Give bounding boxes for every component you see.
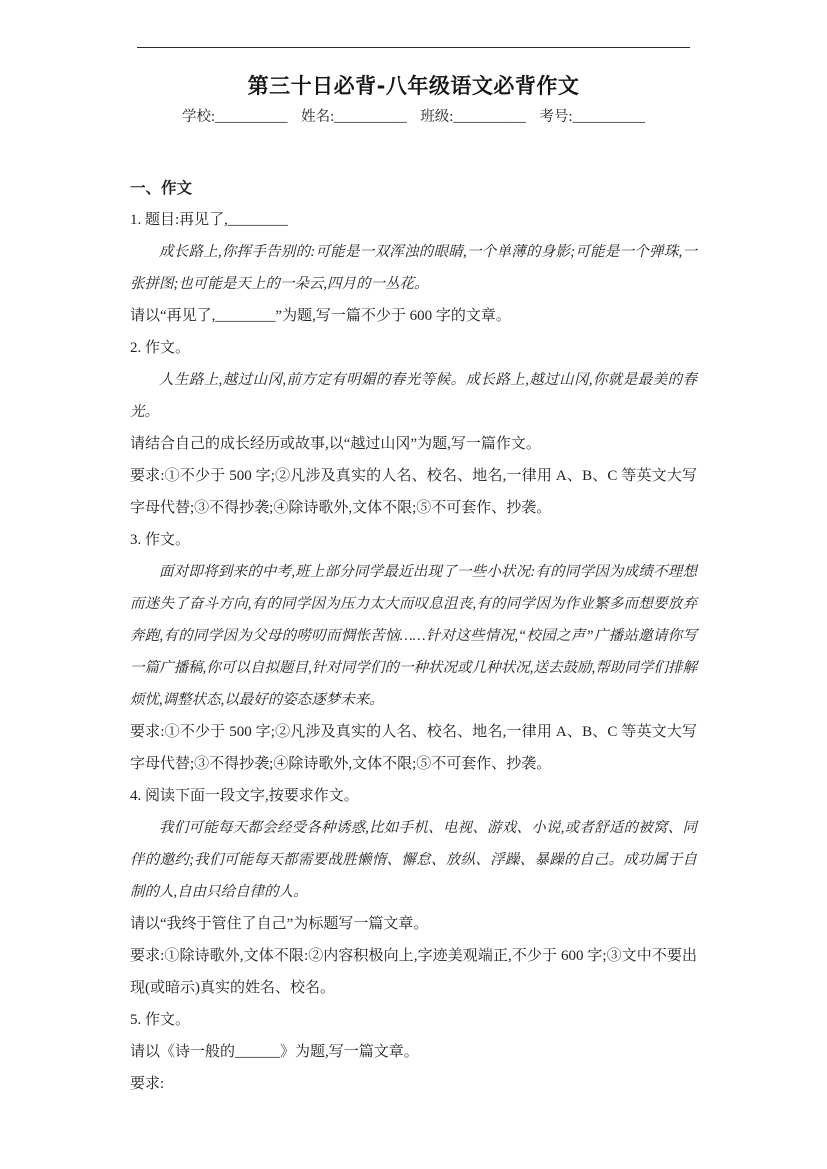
section-heading: 一、作文	[130, 172, 697, 204]
page-title: 第三十日必背-八年级语文必背作文	[0, 70, 827, 100]
question-5-instruction: 请以《诗一般的______》为题,写一篇文章。	[130, 1036, 697, 1068]
exam-number-field: 考号:__________	[539, 109, 645, 125]
question-1-passage: 成长路上,你挥手告别的:可能是一双浑浊的眼睛,一个单薄的身影;可能是一个弹珠,一…	[130, 236, 697, 300]
question-2-instruction: 请结合自己的成长经历或故事,以“越过山冈”为题,写一篇作文。	[130, 428, 697, 460]
question-2-passage: 人生路上,越过山冈,前方定有明媚的春光等候。成长路上,越过山冈,你就是最美的春光…	[130, 364, 697, 428]
class-blank: __________	[453, 109, 526, 125]
header-divider-rule	[137, 47, 690, 48]
name-blank: __________	[334, 109, 407, 125]
question-3-title: 3. 作文。	[130, 524, 697, 556]
question-1-instruction: 请以“再见了,________”为题,写一篇不少于 600 字的文章。	[130, 300, 697, 332]
school-blank: __________	[215, 109, 288, 125]
exam-number-blank: __________	[573, 109, 646, 125]
question-4-passage: 我们可能每天都会经受各种诱惑,比如手机、电视、游戏、小说,或者舒适的被窝、同伴的…	[130, 812, 697, 908]
student-info-fields: 学校:__________ 姓名:__________ 班级:_________…	[0, 106, 827, 128]
question-5-title: 5. 作文。	[130, 1004, 697, 1036]
question-1-title: 1. 题目:再见了,________	[130, 204, 697, 236]
exam-number-label: 考号:	[539, 109, 572, 125]
class-label: 班级:	[420, 109, 453, 125]
question-4-requirements: 要求:①除诗歌外,文体不限:②内容积极向上,字迹美观端正,不少于 600 字;③…	[130, 940, 697, 1004]
document-body: 一、作文 1. 题目:再见了,________ 成长路上,你挥手告别的:可能是一…	[130, 172, 697, 1100]
question-3-passage: 面对即将到来的中考,班上部分同学最近出现了一些小状况:有的同学因为成绩不理想而迷…	[130, 556, 697, 716]
name-label: 姓名:	[301, 109, 334, 125]
question-2-title: 2. 作文。	[130, 332, 697, 364]
school-label: 学校:	[182, 109, 215, 125]
name-field: 姓名:__________	[301, 109, 407, 125]
question-4-instruction: 请以“我终于管住了自己”为标题写一篇文章。	[130, 908, 697, 940]
school-field: 学校:__________	[182, 109, 288, 125]
question-5-requirements: 要求:	[130, 1068, 697, 1100]
question-4-title: 4. 阅读下面一段文字,按要求作文。	[130, 780, 697, 812]
class-field: 班级:__________	[420, 109, 526, 125]
question-2-requirements: 要求:①不少于 500 字;②凡涉及真实的人名、校名、地名,一律用 A、B、C …	[130, 460, 697, 524]
document-page: 第三十日必背-八年级语文必背作文 学校:__________ 姓名:______…	[0, 0, 827, 1169]
question-3-requirements: 要求:①不少于 500 字;②凡涉及真实的人名、校名、地名,一律用 A、B、C …	[130, 716, 697, 780]
